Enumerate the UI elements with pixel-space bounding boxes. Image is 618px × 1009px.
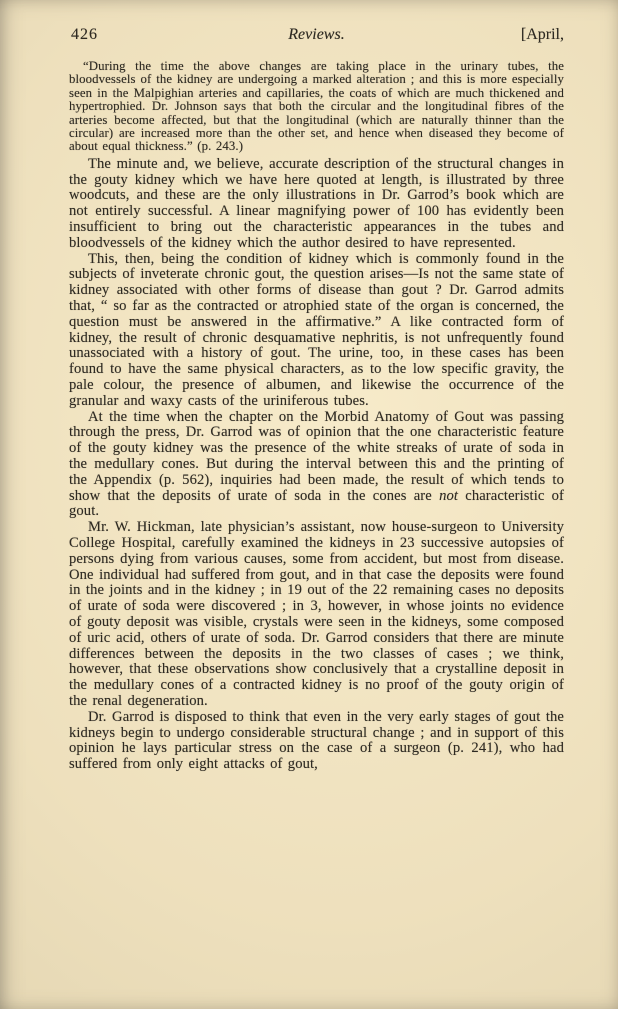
body-paragraph: This, then, being the condition of kidne… bbox=[69, 252, 564, 410]
block-quote-paragraph: “During the time the above changes are t… bbox=[69, 60, 564, 154]
body-paragraph: Mr. W. Hickman, late physician’s assista… bbox=[69, 520, 564, 710]
body-paragraph: The minute and, we believe, accurate des… bbox=[69, 157, 564, 252]
issue-date: [April, bbox=[521, 26, 564, 44]
scanned-book-page: 426 Reviews. [April, “During the time th… bbox=[0, 0, 618, 1009]
body-paragraph: Dr. Garrod is disposed to think that eve… bbox=[69, 710, 564, 773]
running-title: Reviews. bbox=[69, 26, 564, 44]
text-column: “During the time the above changes are t… bbox=[69, 60, 564, 773]
running-head: 426 Reviews. [April, bbox=[69, 26, 564, 48]
body-paragraph: At the time when the chapter on the Morb… bbox=[69, 410, 564, 521]
